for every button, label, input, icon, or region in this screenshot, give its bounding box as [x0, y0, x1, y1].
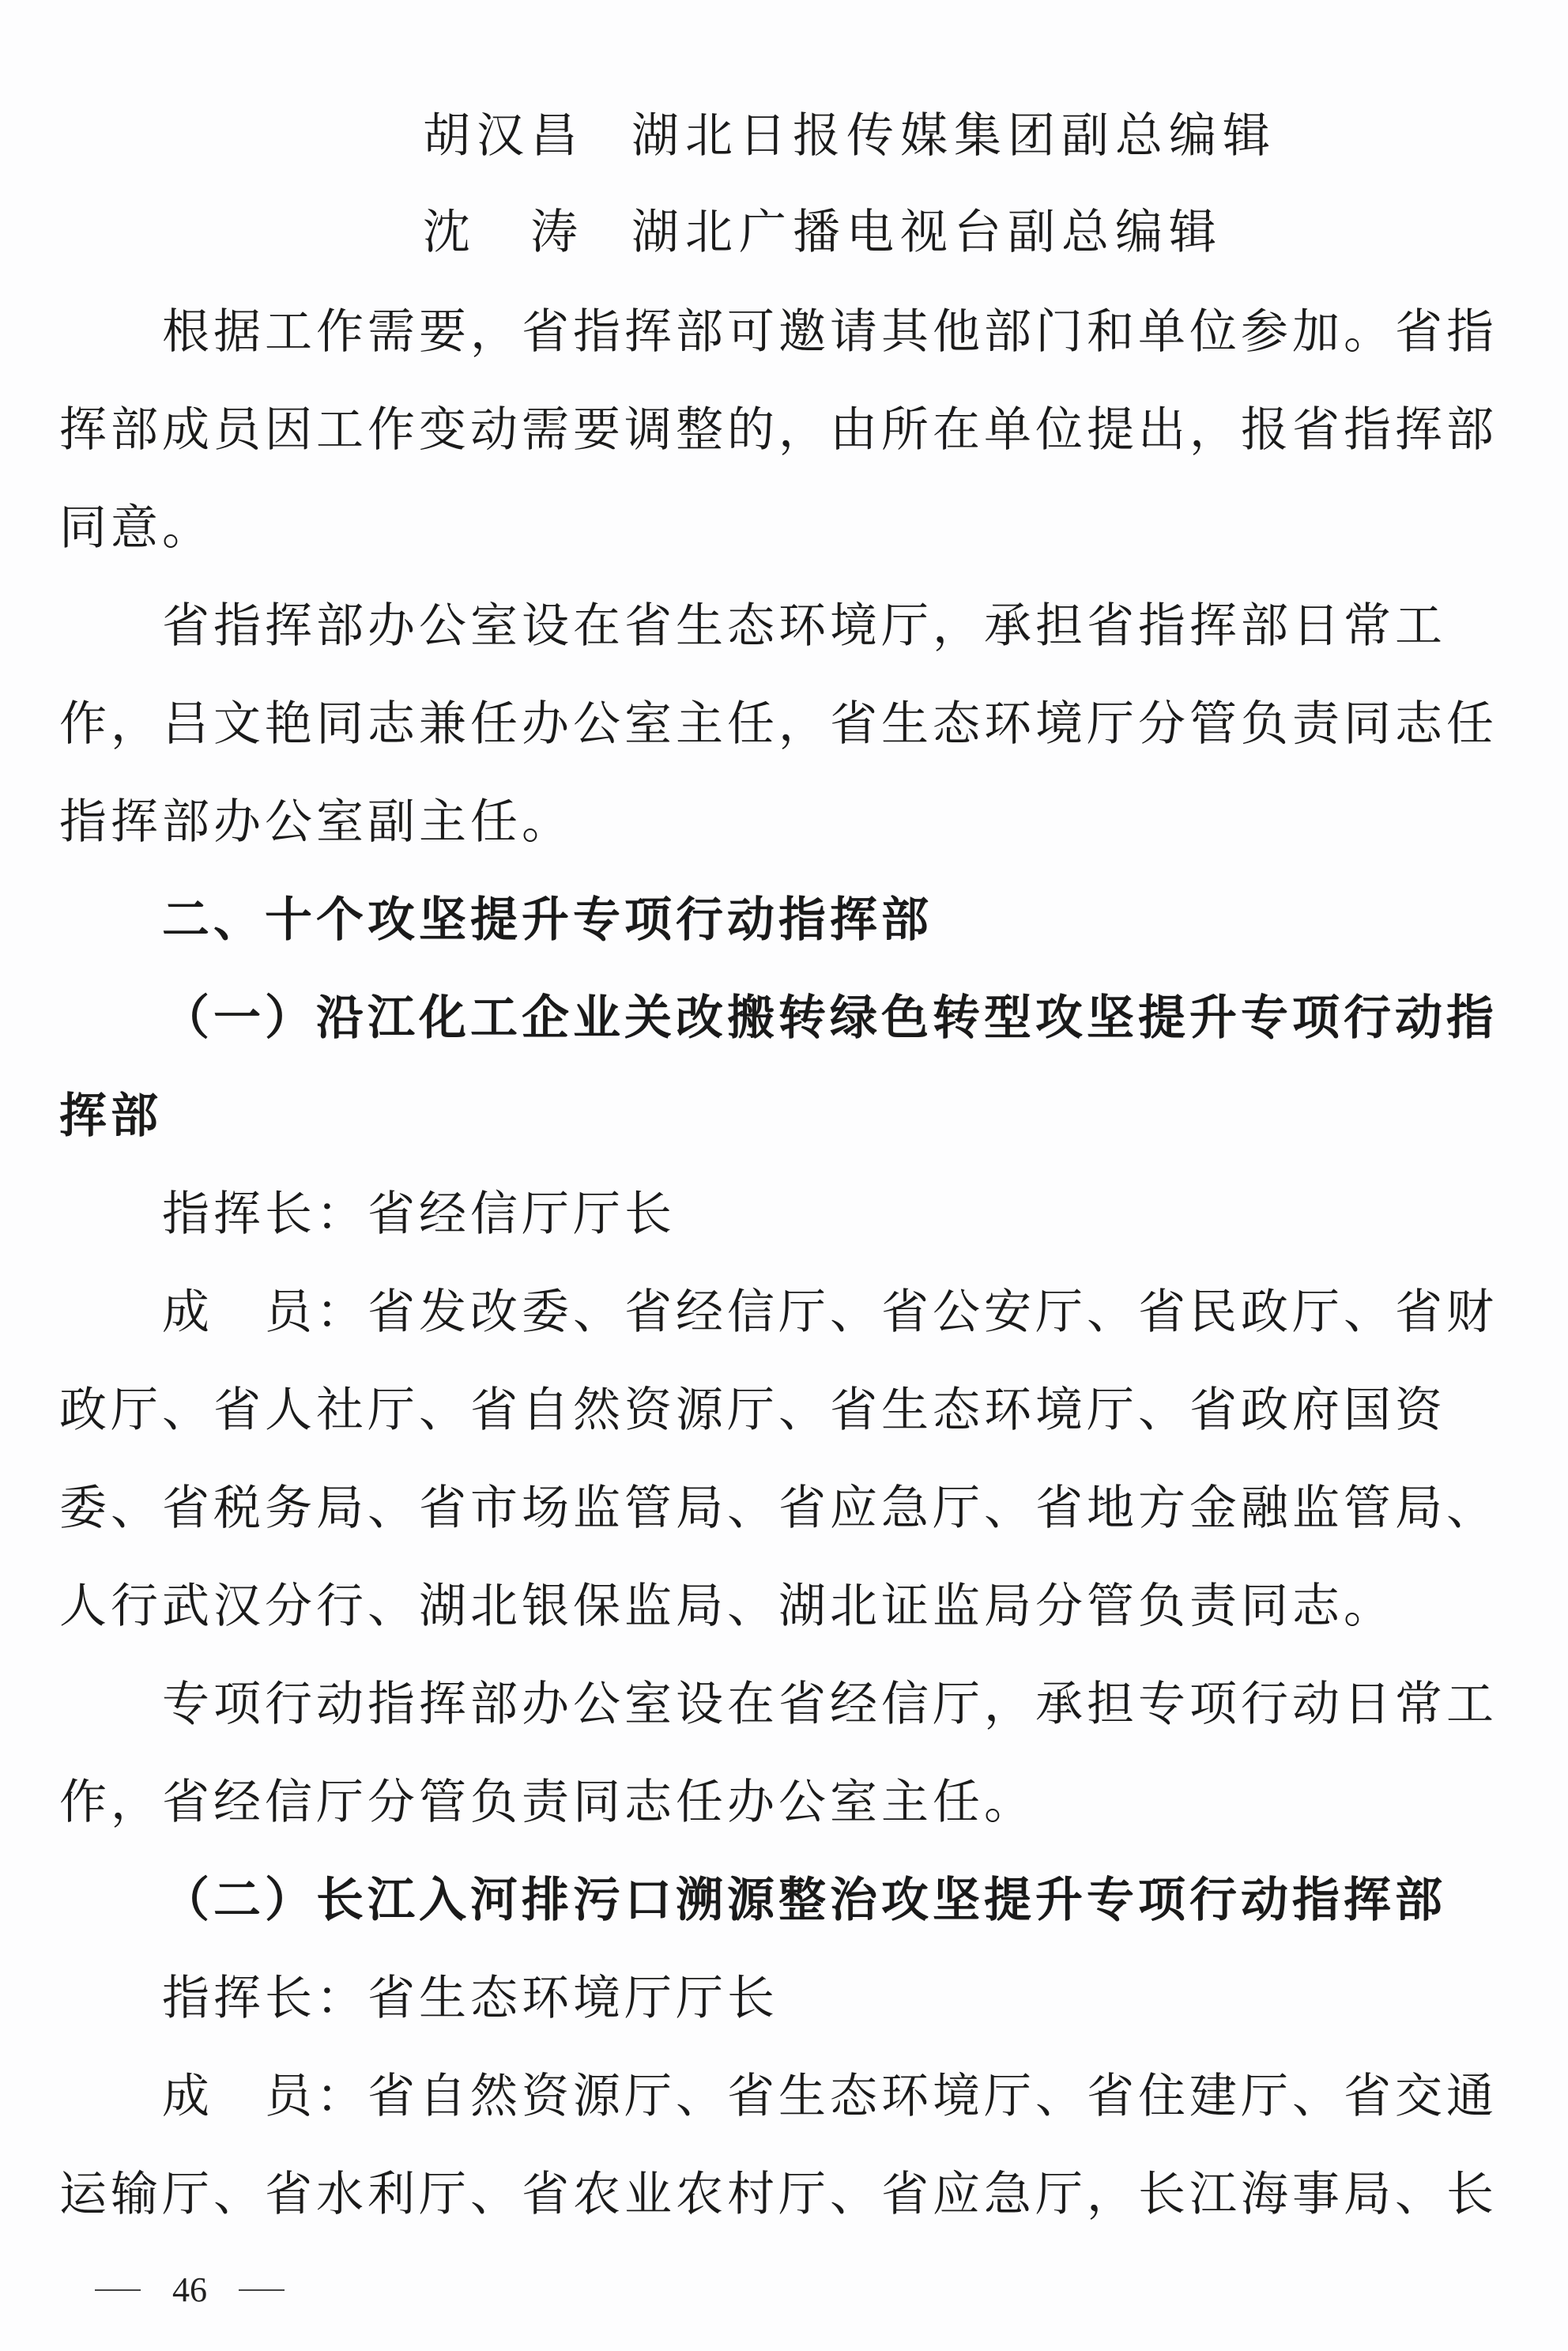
paragraph-line: 挥部成员因工作变动需要调整的，由所在单位提出，报省指挥部	[59, 381, 1506, 479]
paragraph-line: 同意。	[59, 479, 1506, 577]
section-heading: 二、十个攻坚提升专项行动指挥部	[59, 871, 1506, 969]
paragraph-line: 指挥部办公室副主任。	[59, 773, 1506, 871]
subsection-heading-cont: 挥部	[59, 1067, 1506, 1165]
member-title: 湖北日报传媒集团副总编辑	[631, 108, 1276, 164]
paragraph-line: 政厅、省人社厅、省自然资源厅、省生态环境厅、省政府国资	[59, 1361, 1506, 1459]
subsection-heading: （一）沿江化工企业关改搬转绿色转型攻坚提升专项行动指	[59, 969, 1506, 1067]
paragraph-line: 作，吕文艳同志兼任办公室主任，省生态环境厅分管负责同志任	[59, 675, 1506, 773]
paragraph-line: 专项行动指挥部办公室设在省经信厅，承担专项行动日常工	[59, 1655, 1506, 1753]
member-row-hu-hanchang: 胡汉昌湖北日报传媒集团副总编辑	[423, 87, 1276, 185]
document-page: 胡汉昌湖北日报传媒集团副总编辑 沈 涛湖北广播电视台副总编辑 根据工作需要，省指…	[0, 0, 1568, 2351]
page-number-value: 46	[172, 2261, 207, 2319]
subsection-heading: （二）长江入河排污口溯源整治攻坚提升专项行动指挥部	[59, 1851, 1506, 1949]
member-name: 胡汉昌	[423, 108, 584, 164]
member-name: 沈 涛	[423, 205, 584, 260]
member-row-shen-tao: 沈 涛湖北广播电视台副总编辑	[423, 183, 1223, 281]
paragraph-line: 作，省经信厅分管负责同志任办公室主任。	[59, 1753, 1506, 1851]
commander-line: 指挥长：省经信厅厅长	[59, 1165, 1506, 1263]
member-title: 湖北广播电视台副总编辑	[631, 205, 1223, 260]
page-number: 46	[95, 2261, 285, 2319]
dash-left	[95, 2289, 141, 2291]
dash-right	[239, 2289, 285, 2291]
paragraph-line: 人行武汉分行、湖北银保监局、湖北证监局分管负责同志。	[59, 1557, 1506, 1655]
members-line: 成 员：省发改委、省经信厅、省公安厅、省民政厅、省财	[59, 1263, 1506, 1361]
paragraph-line: 运输厅、省水利厅、省农业农村厅、省应急厅，长江海事局、长	[59, 2145, 1506, 2243]
commander-line: 指挥长：省生态环境厅厅长	[59, 1949, 1506, 2047]
paragraph-line: 委、省税务局、省市场监管局、省应急厅、省地方金融监管局、	[59, 1459, 1506, 1557]
paragraph-line: 省指挥部办公室设在省生态环境厅，承担省指挥部日常工	[59, 577, 1506, 675]
paragraph-line: 根据工作需要，省指挥部可邀请其他部门和单位参加。省指	[59, 283, 1506, 381]
members-line: 成 员：省自然资源厅、省生态环境厅、省住建厅、省交通	[59, 2047, 1506, 2145]
